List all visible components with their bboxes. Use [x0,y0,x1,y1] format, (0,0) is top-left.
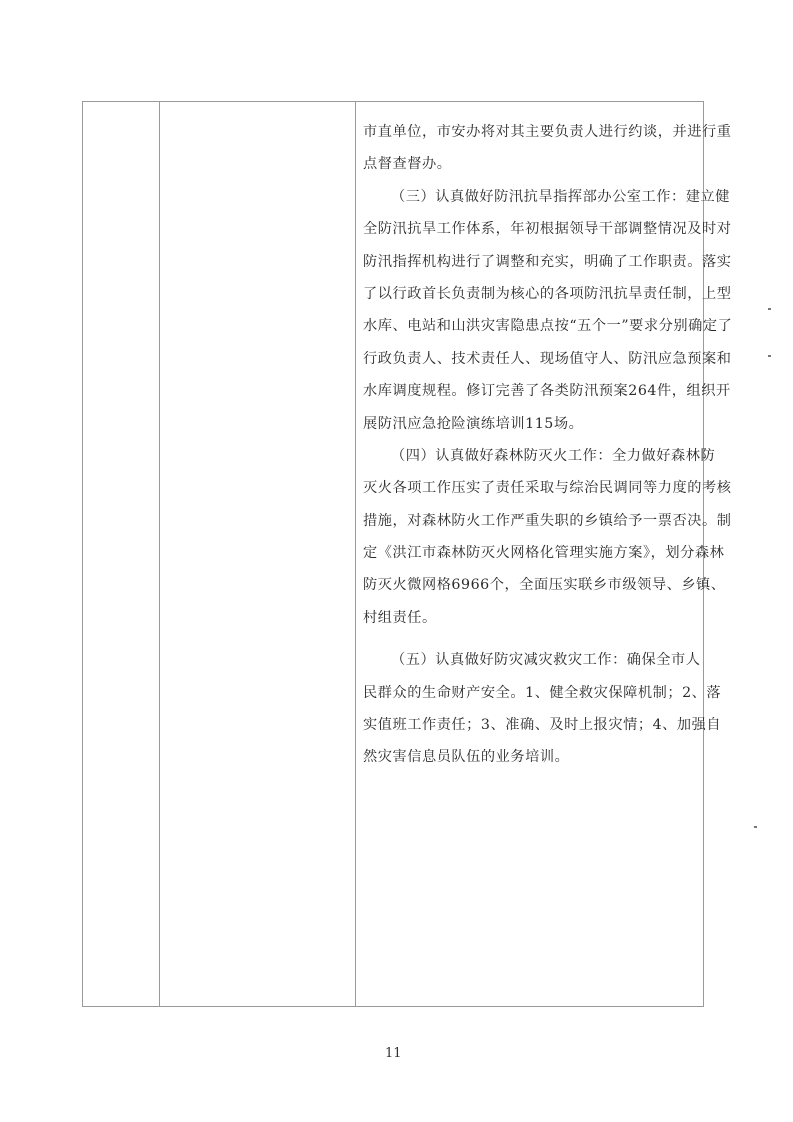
text-line: 村组责任。 [363,602,699,634]
text-line: 民群众的生命财产安全。1、健全救灾保障机制；2、落 [363,677,699,709]
text-line: 水库调度规程。修订完善了各类防汛预案264件，组织开 [363,375,699,407]
text-line: 然灾害信息员队伍的业务培训。 [363,741,699,773]
text-line: 防汛指挥机构进行了调整和充实，明确了工作职责。落实 [363,246,699,278]
text-line: 展防汛应急抢险演练培训115场。 [363,408,699,440]
text-line: 措施，对森林防火工作严重失职的乡镇给予一票否决。制 [363,505,699,537]
text-line: 点督查督办。 [363,148,699,180]
table-column-divider-1 [159,102,160,1006]
text-line: 定《洪江市森林防灭火网格化管理实施方案》，划分森林 [363,537,699,569]
section-heading-3: （三）认真做好防汛抗旱指挥部办公室工作：建立健 [363,181,699,213]
scan-speck [768,355,771,357]
text-line: 行政负责人、技术责任人、现场值守人、防汛应急预案和 [363,343,699,375]
scan-speck [754,826,757,828]
text-line: 灭火各项工作压实了责任采取与综治民调同等力度的考核 [363,472,699,504]
content-cell: 市直单位，市安办将对其主要负责人进行约谈，并进行重 点督查督办。 （三）认真做好… [363,116,699,774]
text-line: 市直单位，市安办将对其主要负责人进行约谈，并进行重 [363,116,699,148]
scan-speck [768,308,771,310]
text-line: 实值班工作责任；3、准确、及时上报灾情；4、加强自 [363,709,699,741]
page-number: 11 [385,1046,402,1061]
text-line: 全防汛抗旱工作体系，年初根据领导干部调整情况及时对 [363,213,699,245]
table-column-divider-2 [355,102,356,1006]
text-line: 防灭火微网格6966个，全面压实联乡市级领导、乡镇、 [363,569,699,601]
document-table: 市直单位，市安办将对其主要负责人进行约谈，并进行重 点督查督办。 （三）认真做好… [82,101,704,1007]
section-heading-4: （四）认真做好森林防灭火工作：全力做好森林防 [363,440,699,472]
text-line: 水库、电站和山洪灾害隐患点按“五个一”要求分别确定了 [363,310,699,342]
text-line: 了以行政首长负责制为核心的各项防汛抗旱责任制，上型 [363,278,699,310]
section-heading-5: （五）认真做好防灾减灾救灾工作：确保全市人 [363,644,699,676]
